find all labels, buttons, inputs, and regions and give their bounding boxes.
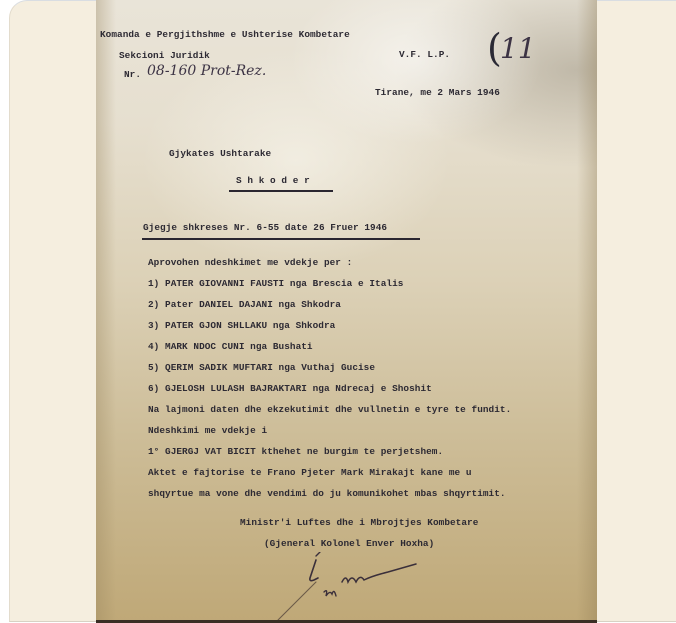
paragraph: Ndeshkimi me vdekje i [148, 425, 267, 436]
recipient-court: Gjykates Ushtarake [169, 148, 271, 159]
intro-line: Aprovohen ndeshkimet me vdekje per : [148, 257, 352, 268]
place-date: Tirane, me 2 Mars 1946 [375, 87, 500, 98]
reference-typed: Nr. [124, 69, 141, 80]
handwritten-page-mark: 11 [500, 32, 536, 65]
handwritten-signature-icon [276, 552, 436, 622]
sentenced-item: 1) PATER GIOVANNI FAUSTI nga Brescia e I… [148, 278, 403, 289]
signature-name: (Gjeneral Kolonel Enver Hoxha) [264, 538, 434, 549]
paragraph: Na lajmoni daten dhe ekzekutimit dhe vul… [148, 404, 511, 415]
sentenced-item: 2) Pater DANIEL DAJANI nga Shkodra [148, 299, 341, 310]
organization-line: Komanda e Pergjithshme e Ushterise Kombe… [100, 29, 350, 40]
section-line: Sekcioni Juridik [119, 50, 210, 61]
sentenced-item: 6) GJELOSH LULASH BAJRAKTARI nga Ndrecaj… [148, 383, 432, 394]
paragraph: shqyrtue ma vone dhe vendimi do ju komun… [148, 488, 506, 499]
paragraph: Aktet e fajtorise te Frano Pjeter Mark M… [148, 467, 472, 478]
recipient-city: S h k o d e r [236, 175, 310, 186]
city-underline [229, 190, 333, 192]
sentenced-item: 5) QERIM SADIK MUFTARI nga Vuthaj Gucise [148, 362, 375, 373]
subject-underline [142, 238, 420, 240]
subject-line: Gjegje shkreses Nr. 6-55 date 26 Fruer 1… [143, 222, 387, 233]
paragraph: 1° GJERGJ VAT BICIT kthehet ne burgim te… [148, 446, 443, 457]
sentenced-item: 3) PATER GJON SHLLAKU nga Shkodra [148, 320, 335, 331]
document-photo[interactable]: Komanda e Pergjithshme e Ushterise Kombe… [96, 0, 597, 623]
signature-title: Ministr'i Luftes dhe i Mbrojtjes Kombeta… [240, 517, 478, 528]
sentenced-item: 4) MARK NDOC CUNI nga Bushati [148, 341, 313, 352]
classification: V.F. L.P. [399, 49, 450, 60]
reference-handwritten: 08-160 Prot-Rez. [147, 63, 266, 79]
